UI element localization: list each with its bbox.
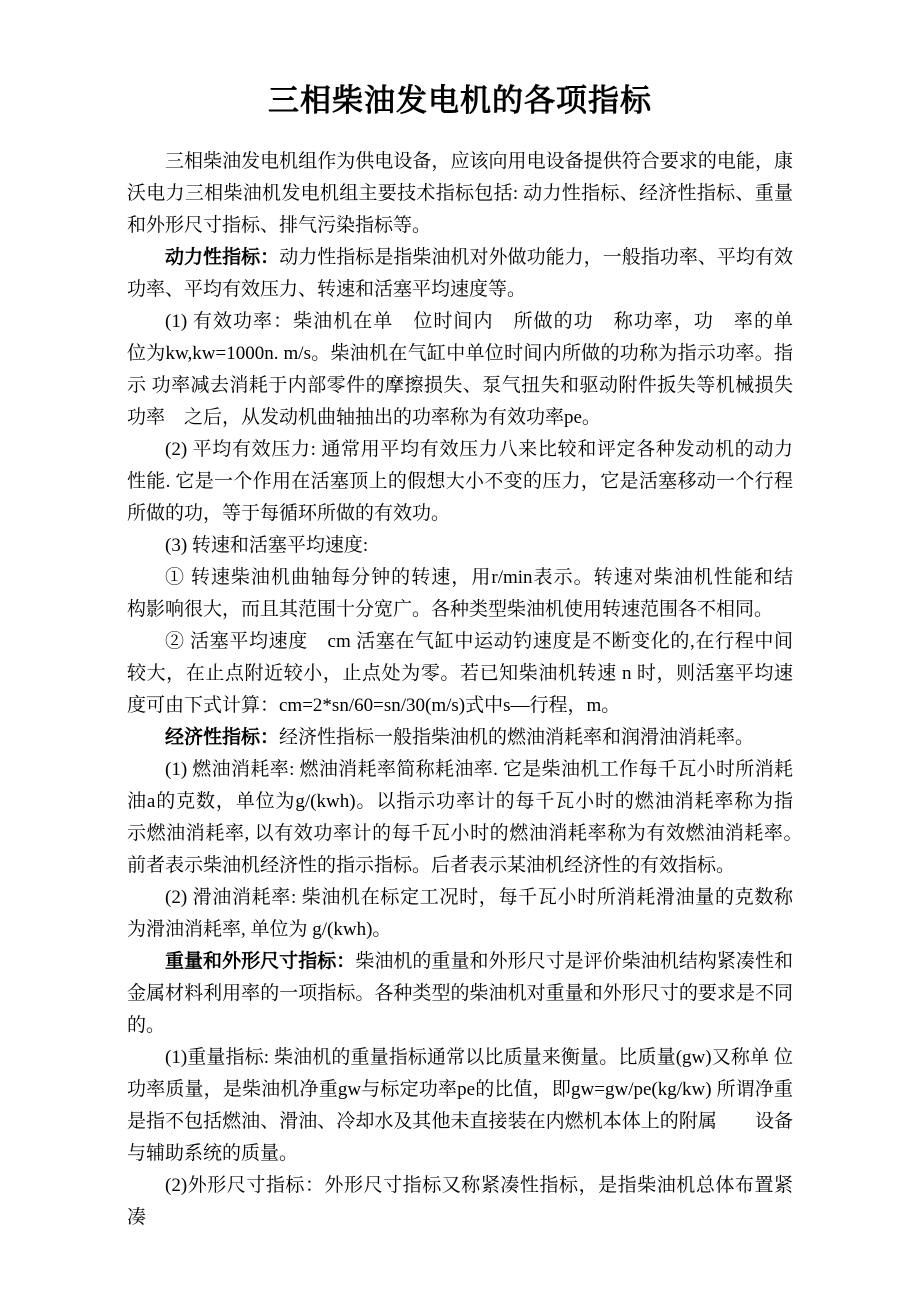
- paragraph-lead: 重量和外形尺寸指标：: [165, 951, 355, 972]
- document-body: 三相柴油发电机组作为供电设备，应该向用电设备提供符合要求的电能，康 沃电力三相柴…: [127, 146, 793, 1234]
- document-page: 三相柴油发电机的各项指标 三相柴油发电机组作为供电设备，应该向用电设备提供符合要…: [0, 0, 920, 1302]
- paragraph: (3) 转速和活塞平均速度:: [127, 530, 793, 562]
- paragraph: (2) 平均有效压力: 通常用平均有效压力八来比较和评定各种发动机的动力 性能.…: [127, 434, 793, 530]
- paragraph-lead: 动力性指标：: [165, 247, 279, 268]
- paragraph: (1)重量指标: 柴油机的重量指标通常以比质量来衡量。比质量(gw)又称单 位功…: [127, 1042, 793, 1170]
- paragraph: (2)外形尺寸指标：外形尺寸指标又称紧凑性指标，是指柴油机总体布置紧 凑: [127, 1170, 793, 1234]
- paragraph: ② 活塞平均速度 cm 活塞在气缸中运动钓速度是不断变化的,在行程中间 较大，在…: [127, 626, 793, 722]
- paragraph: ① 转速柴油机曲轴每分钟的转速，用r/min表示。转速对柴油机性能和结 构影响很…: [127, 562, 793, 626]
- paragraph: 经济性指标：经济性指标一般指柴油机的燃油消耗率和润滑油消耗率。: [127, 722, 793, 754]
- document-title: 三相柴油发电机的各项指标: [0, 0, 920, 119]
- paragraph: (1) 燃油消耗率: 燃油消耗率简称耗油率. 它是柴油机工作每千瓦小时所消耗 油…: [127, 754, 793, 882]
- paragraph: 三相柴油发电机组作为供电设备，应该向用电设备提供符合要求的电能，康 沃电力三相柴…: [127, 146, 793, 242]
- paragraph: (2) 滑油消耗率: 柴油机在标定工况时，每千瓦小时所消耗滑油量的克数称 为滑油…: [127, 882, 793, 946]
- paragraph-lead: 经济性指标：: [165, 727, 279, 748]
- paragraph: (1) 有效功率：柴油机在单 位时间内 所做的功 称功率，功 率的单 位为kw,…: [127, 306, 793, 434]
- paragraph: 动力性指标：动力性指标是指柴油机对外做功能力，一般指功率、平均有效 功率、平均有…: [127, 242, 793, 306]
- paragraph: 重量和外形尺寸指标：柴油机的重量和外形尺寸是评价柴油机结构紧凑性和 金属材料利用…: [127, 946, 793, 1042]
